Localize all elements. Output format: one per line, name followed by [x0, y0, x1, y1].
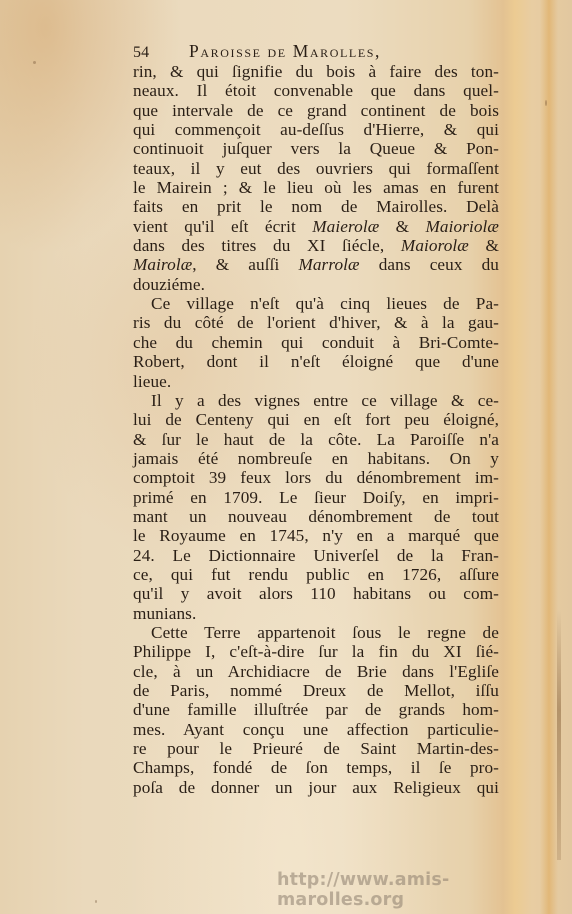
text-line: neaux. Il étoit convenable que dans quel… [133, 81, 499, 100]
text-line: lui de Centeny qui en eſt fort peu éloig… [133, 410, 499, 429]
text-line: Philippe I, c'eſt-à-dire ſur la fin du X… [133, 642, 499, 661]
text-line: qui commençoit au-deſſus d'Hierre, & qui [133, 120, 499, 139]
text-line: munians. [133, 604, 499, 623]
text-line: de Paris, nommé Dreux de Mellot, iſſu [133, 681, 499, 700]
text-line: le Mairein ; & le lieu où les amas en fu… [133, 178, 499, 197]
latin-place-name: Marrolæ [298, 255, 359, 274]
text-line: rin, & qui ſignifie du bois à faire des … [133, 62, 499, 81]
text-line: mant un nouveau dénombrement de tout [133, 507, 499, 526]
text-line: que intervale de ce grand continent de b… [133, 101, 499, 120]
text-line: primé en 1709. Le ſieur Doiſy, en impri- [133, 488, 499, 507]
scanned-book-page: 54 Paroisse de Marolles, rin, & qui ſign… [0, 0, 572, 914]
text-segment: , & auſſi [192, 255, 298, 274]
text-line: 24. Le Dictionnaire Univerſel de la Fran… [133, 546, 499, 565]
page-number: 54 [133, 43, 189, 62]
paper-speck [545, 100, 547, 106]
latin-place-name: Maioriolæ [426, 217, 499, 236]
text-line: Ce village n'eſt qu'à cinq lieues de Pa- [133, 294, 499, 313]
text-line: Il y a des vignes entre ce village & ce- [133, 391, 499, 410]
text-segment: dans ceux du [360, 255, 499, 274]
text-line: ris du côté de l'orient d'hiver, & à la … [133, 313, 499, 332]
text-line: d'une famille illuſtrée par de grands ho… [133, 700, 499, 719]
page-fold-stain [540, 0, 558, 914]
latin-place-name: Mairolæ [133, 255, 192, 274]
running-head: Paroisse de Marolles, [189, 42, 381, 61]
text-line: Champs, fondé de ſon temps, il ſe pro- [133, 758, 499, 777]
text-line: & ſur le haut de la côte. La Paroiſſe n'… [133, 430, 499, 449]
text-line: dans des titres du XI ſiécle, Maiorolæ & [133, 236, 499, 255]
text-line: Robert, dont il n'eſt éloigné que d'une [133, 352, 499, 371]
text-line: continuoit juſquer vers la Queue & Pon- [133, 139, 499, 158]
text-line: poſa de donner un jour aux Religieux qui [133, 778, 499, 797]
text-line: comptoit 39 feux lors du dénombrement im… [133, 468, 499, 487]
page-header: 54 Paroisse de Marolles, [133, 42, 499, 64]
body-text: rin, & qui ſignifie du bois à faire des … [133, 62, 499, 797]
text-segment: & [469, 236, 499, 255]
watermark-url: http://www.amis-marolles.org [277, 870, 572, 910]
text-segment: vient qu'il eſt écrit [133, 217, 312, 236]
text-line: Cette Terre appartenoit ſous le regne de [133, 623, 499, 642]
page-edge-shadow [557, 610, 561, 860]
text-line: Mairolæ, & auſſi Marrolæ dans ceux du [133, 255, 499, 274]
text-line: re pour le Prieuré de Saint Martin-des- [133, 739, 499, 758]
text-line: ce, qui fut rendu public en 1726, aſſure [133, 565, 499, 584]
text-line: mes. Ayant conçu une affection particuli… [133, 720, 499, 739]
paper-speck [33, 61, 36, 64]
text-line: faits en prit le nom de Mairolles. Delà [133, 197, 499, 216]
text-line: jamais été nombreuſe en habitans. On y [133, 449, 499, 468]
text-line: cle, à un Archidiacre de Brie dans l'Egl… [133, 662, 499, 681]
paper-speck [95, 900, 97, 903]
text-line: che du chemin qui conduit à Bri-Comte- [133, 333, 499, 352]
text-segment: dans des titres du XI ſiécle, [133, 236, 401, 255]
latin-place-name: Maierolæ [312, 217, 379, 236]
text-line: teaux, il y eut des ouvriers qui formaſſ… [133, 159, 499, 178]
page-text-block: 54 Paroisse de Marolles, rin, & qui ſign… [133, 42, 499, 797]
text-line: douziéme. [133, 275, 499, 294]
text-line: qu'il y avoit alors 110 habitans ou com- [133, 584, 499, 603]
text-segment: & [379, 217, 425, 236]
text-line: vient qu'il eſt écrit Maierolæ & Maiorio… [133, 217, 499, 236]
text-line: lieue. [133, 372, 499, 391]
latin-place-name: Maiorolæ [401, 236, 469, 255]
text-line: le Royaume en 1745, n'y en a marqué que [133, 526, 499, 545]
